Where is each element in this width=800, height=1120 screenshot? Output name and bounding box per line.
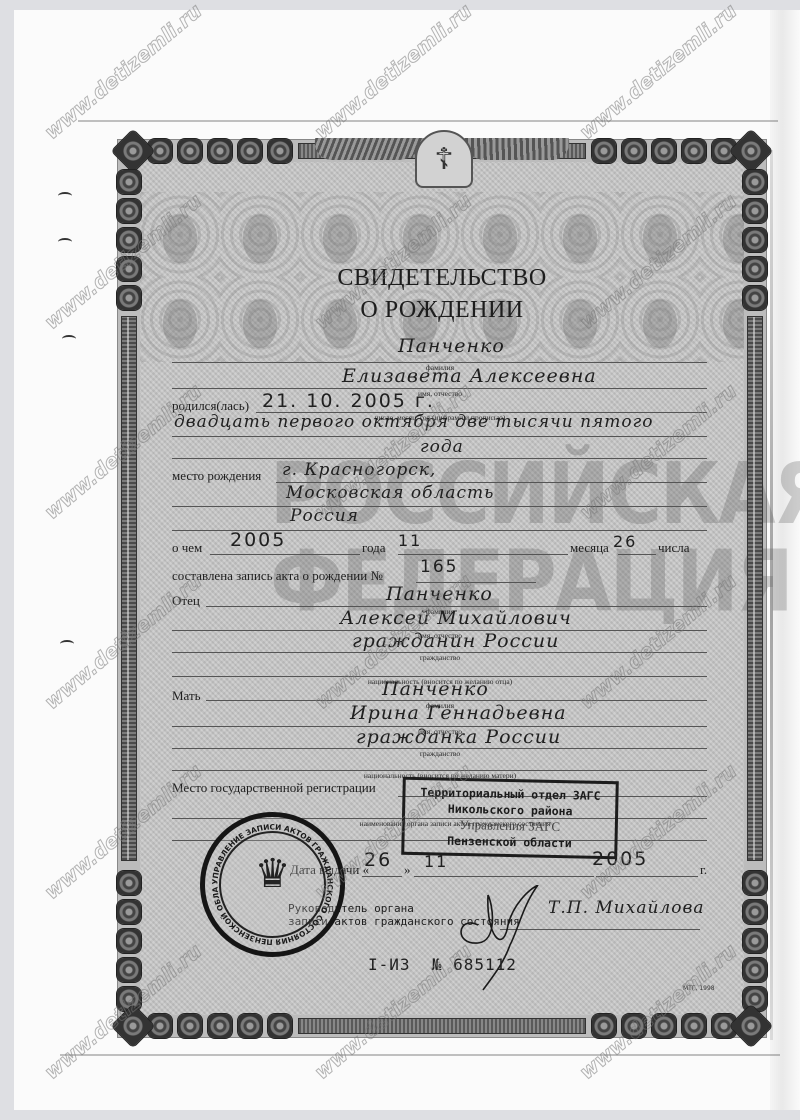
punch-hole-icon [58,192,72,200]
rosette-icon [743,929,767,953]
registry-office-stamp: Территориальный отдел ЗАГС Никольского р… [401,777,619,860]
rosette-icon [117,286,141,310]
laurel-wing-icon [311,138,426,160]
birthplace-country: Россия [290,506,359,526]
rosette-icon [743,286,767,310]
issue-month: 11 [424,852,448,871]
rosette-icon [117,257,141,281]
rosette-icon [622,139,646,163]
rosette-icon [117,900,141,924]
child-surname: Панченко [398,335,505,357]
issue-quote-close: » [404,862,411,878]
rosette-icon [592,139,616,163]
rosette-icon [178,1014,202,1038]
rosette-icon [743,199,767,223]
rosette-icon [743,958,767,982]
laurel-wing-icon [459,138,574,160]
rosette-icon [117,871,141,895]
issue-year: 2005 [592,848,648,870]
rosette-icon [238,1014,262,1038]
month-label: месяца [570,540,609,556]
mother-citizenship: гражданка России [356,726,561,748]
rosette-icon [592,1014,616,1038]
rosette-icon [652,1014,676,1038]
rosette-icon [208,139,232,163]
birth-date-words-2: года [420,437,464,457]
eagle-emblem-icon: ♛ [205,851,340,897]
ribbon-band [298,1018,586,1034]
father-label: Отец [172,593,200,609]
rosette-icon [238,139,262,163]
rosette-icon [682,139,706,163]
ribbon-band [121,316,137,861]
rosette-icon [117,170,141,194]
rosette-icon [743,170,767,194]
rosette-icon [117,228,141,252]
registration-place-label: Место государственной регистрации [172,780,376,796]
caption-father-citizenship: гражданство [420,653,460,662]
rosette-icon [117,929,141,953]
crease [78,120,778,122]
record-year: 2005 [230,529,286,551]
punch-hole-icon [62,335,76,343]
year-label: года [362,540,386,556]
birthplace-label: место рождения [172,468,261,484]
punch-hole-icon [58,238,72,246]
head-name: Т.П. Михайлова [548,898,705,918]
official-round-seal: УПРАВЛЕНИЕ ЗАПИСИ АКТОВ ГРАЖДАНСКОГО СОС… [200,812,345,957]
mother-label: Мать [172,688,201,704]
rosette-icon [652,139,676,163]
rosette-icon [268,139,292,163]
child-name-patronymic: Елизавета Алексеевна [342,365,597,387]
rosette-icon [178,139,202,163]
punch-hole-icon [60,640,74,648]
certificate-series-number: I-ИЗ № 685112 [368,955,517,974]
birth-date-digits: 21. 10. 2005 г. [262,390,435,412]
rosette-icon [743,871,767,895]
day-label: числа [658,540,690,556]
birthplace-region: Московская область [286,483,494,503]
mother-surname: Панченко [382,678,489,700]
rosette-icon [682,1014,706,1038]
about-label: о чем [172,540,202,556]
crease [60,1054,780,1056]
rosette-icon [743,257,767,281]
certificate-title: СВИДЕТЕЛЬСТВО О РОЖДЕНИИ [140,262,744,326]
rosette-icon [743,228,767,252]
border-right [742,166,768,1011]
father-name-patronymic: Алексей Михайлович [340,607,572,629]
birthplace-city: г. Красногорск, [282,460,436,480]
rosette-icon [268,1014,292,1038]
record-number: 165 [420,557,458,577]
border-left [116,166,142,1011]
record-label: составлена запись акта о рождении № [172,568,383,584]
record-month: 11 [398,531,422,550]
father-surname: Панченко [386,583,493,605]
border-bottom [118,1013,766,1039]
birth-date-words: двадцать первого октября две тысячи пято… [174,412,653,432]
record-day: 26 [613,532,637,551]
ribbon-band [747,316,763,861]
issue-day: 26 [364,849,392,871]
father-citizenship: гражданин России [352,630,559,652]
form-code: МТГ, 1998 [683,985,715,992]
coat-of-arms-icon: ☦ [415,130,473,188]
signature-icon [448,885,558,995]
rosette-icon [622,1014,646,1038]
rosette-icon [743,900,767,924]
rosette-icon [117,199,141,223]
mother-name-patronymic: Ирина Геннадьевна [350,702,567,724]
rosette-icon [117,958,141,982]
year-suffix: г. [700,862,707,878]
rosette-icon [208,1014,232,1038]
caption-mother-citizenship: гражданство [420,749,460,758]
